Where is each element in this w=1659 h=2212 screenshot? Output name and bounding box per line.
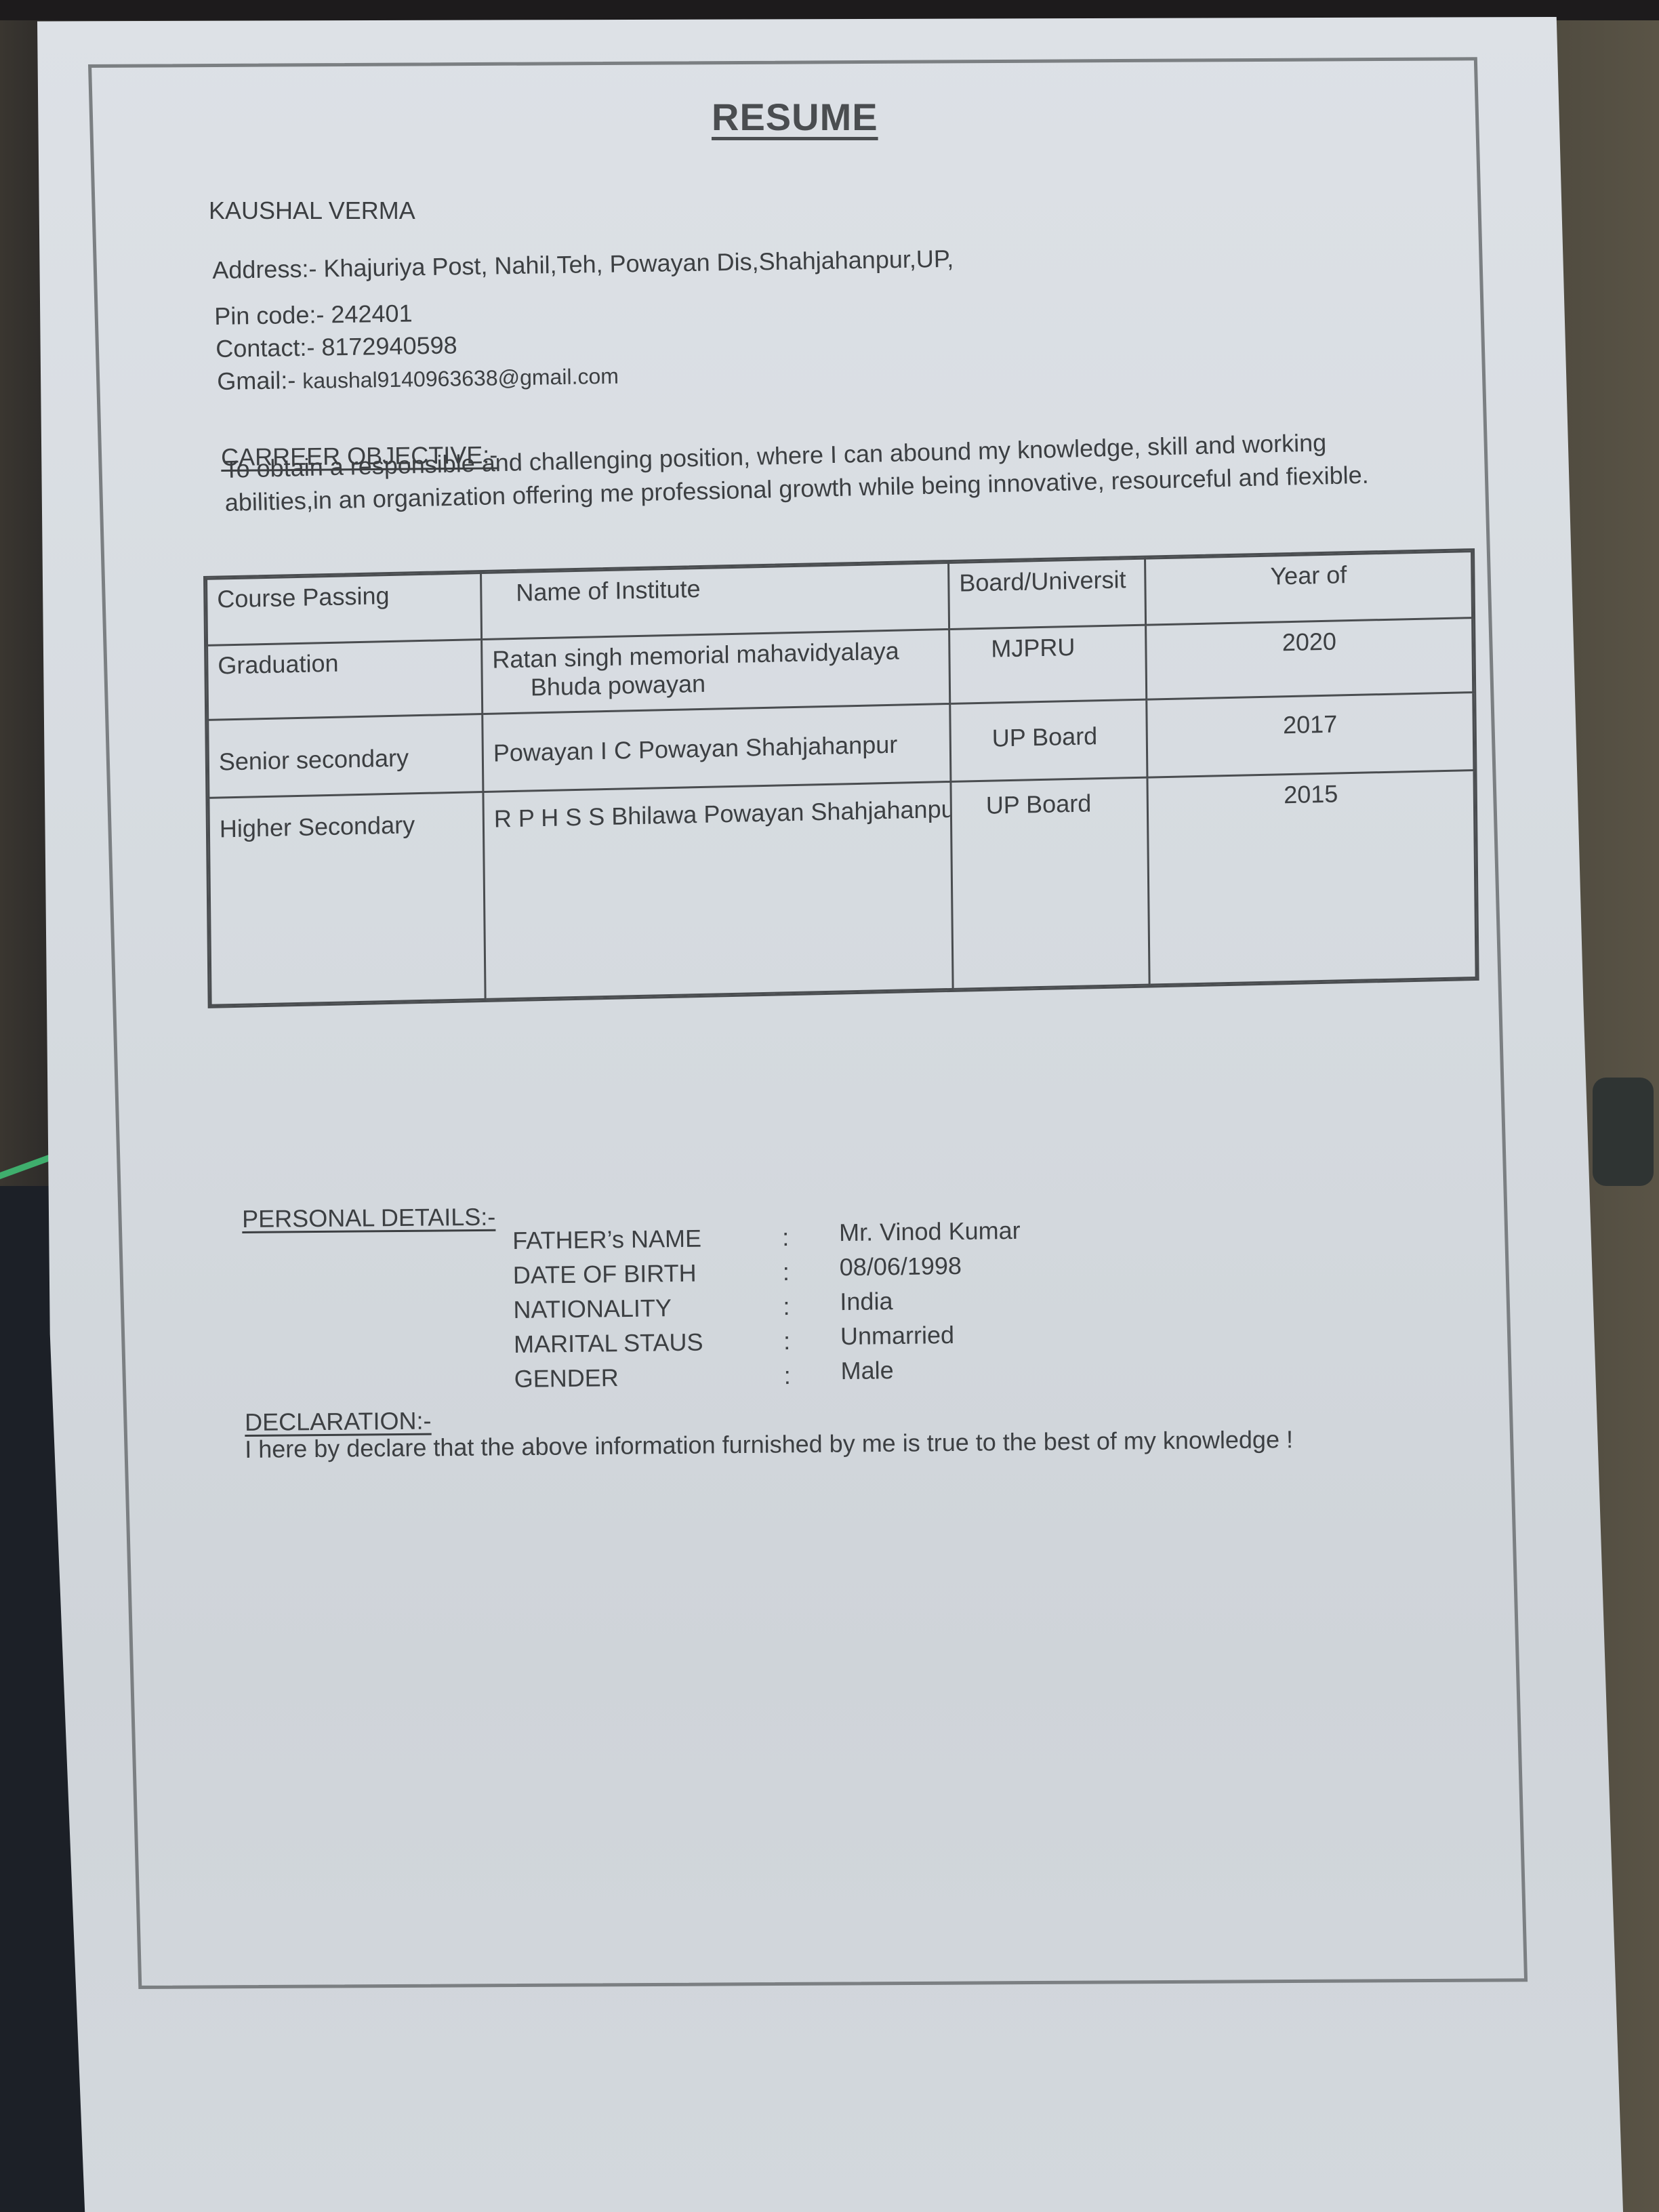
declaration-heading: DECLARATION:-: [245, 1407, 432, 1437]
institute-cell: Powayan I C Powayan Shahjahanpur: [483, 703, 951, 792]
header-year: Year of: [1145, 552, 1473, 625]
header-board: Board/Universit: [949, 558, 1146, 629]
resume-document: RESUME KAUSHAL VERMA Address:- Khajuriya…: [0, 0, 1659, 2212]
year-cell: 2017: [1147, 693, 1474, 777]
detail-separator: :: [782, 1223, 790, 1252]
candidate-name: KAUSHAL VERMA: [209, 197, 415, 225]
pin-line: Pin code:- 242401: [214, 299, 413, 331]
detail-value: India: [840, 1287, 893, 1316]
address-value: Khajuriya Post, Nahil,Teh, Powayan Dis,S…: [323, 245, 954, 283]
year-cell: 2015: [1147, 771, 1476, 985]
board-cell: MJPRU: [949, 625, 1147, 703]
detail-value: Male: [840, 1356, 894, 1385]
board-cell: UP Board: [951, 777, 1149, 989]
year-cell: 2020: [1146, 618, 1473, 699]
detail-label: GENDER: [514, 1364, 619, 1393]
detail-value: 08/06/1998: [840, 1252, 962, 1282]
detail-label: MARITAL STAUS: [514, 1328, 703, 1359]
detail-separator: :: [783, 1258, 790, 1286]
board-cell: UP Board: [950, 699, 1147, 781]
course-cell: Higher Secondary: [209, 792, 485, 1005]
personal-detail-gender: GENDER : Male: [514, 1365, 514, 1399]
education-table: Course Passing Name of Institute Board/U…: [203, 548, 1479, 1008]
institute-cell: R P H S S Bhilawa Powayan Shahjahanpur: [483, 781, 953, 999]
address-line: Address:- Khajuriya Post, Nahil,Teh, Pow…: [212, 245, 954, 285]
table-row: Higher Secondary R P H S S Bhilawa Poway…: [209, 771, 1476, 1006]
institute-cell: Ratan singh memorial mahavidyalaya Bhuda…: [482, 629, 950, 714]
email-value: kaushal9140963638@gmail.com: [302, 364, 619, 393]
gmail-label: Gmail:-: [217, 366, 296, 395]
email-line: Gmail:- kaushal9140963638@gmail.com: [217, 361, 619, 396]
detail-label: DATE OF BIRTH: [513, 1259, 697, 1290]
phone-value: 8172940598: [321, 331, 457, 361]
header-institute: Name of Institute: [481, 563, 949, 640]
detail-separator: :: [783, 1361, 791, 1390]
detail-label: NATIONALITY: [513, 1294, 672, 1324]
personal-details-list: FATHER’s NAME : Mr. Vinod Kumar DATE OF …: [512, 1227, 514, 1399]
personal-detail-marital-status: MARITAL STAUS : Unmarried: [514, 1330, 514, 1365]
page-title: RESUME: [712, 95, 878, 139]
personal-details-heading: PERSONAL DETAILS:-: [242, 1203, 495, 1233]
header-course-passing: Course Passing: [207, 573, 482, 646]
detail-separator: :: [783, 1292, 790, 1321]
detail-value: Mr. Vinod Kumar: [839, 1216, 1021, 1247]
contact-label: Contact:-: [216, 333, 315, 363]
detail-value: Unmarried: [840, 1321, 955, 1351]
personal-detail-date-of-birth: DATE OF BIRTH : 08/06/1998: [513, 1261, 514, 1296]
course-cell: Senior secondary: [208, 714, 483, 798]
contact-line: Contact:- 8172940598: [216, 331, 457, 363]
pin-label: Pin code:-: [214, 300, 325, 330]
pin-value: 242401: [331, 299, 413, 328]
detail-label: FATHER’s NAME: [512, 1225, 701, 1255]
course-cell: Graduation: [207, 640, 483, 720]
personal-detail-fathers-name: FATHER’s NAME : Mr. Vinod Kumar: [512, 1227, 513, 1261]
career-objective-text: To obtain a responsible and challenging …: [224, 424, 1397, 519]
personal-detail-nationality: NATIONALITY : India: [513, 1296, 514, 1330]
detail-separator: :: [783, 1327, 791, 1355]
address-label: Address:-: [212, 255, 317, 284]
